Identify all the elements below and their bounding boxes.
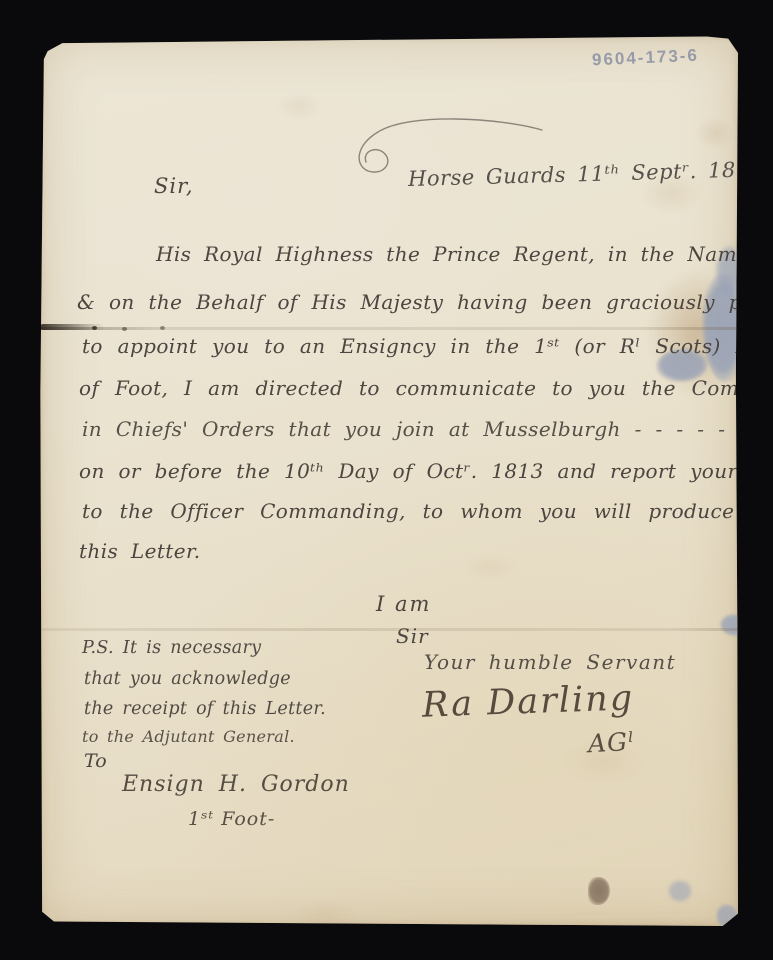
signature: Ra Darling: [421, 678, 634, 725]
body-line: to the Officer Commanding, to whom you w…: [82, 499, 734, 523]
salutation: Sir,: [154, 174, 194, 198]
postscript-line: that you acknowledge: [84, 669, 291, 689]
fold-crease-upper: [40, 327, 738, 330]
body-line: this Letter.: [79, 539, 200, 563]
closing-your-servant: Your humble Servant: [424, 650, 676, 674]
foxing-spot: [290, 898, 360, 934]
address-unit: 1ˢᵗ Foot-: [188, 808, 275, 830]
body-line: to appoint you to an Ensigncy in the 1ˢᵗ…: [82, 334, 773, 358]
address-name: Ensign H. Gordon: [122, 772, 350, 797]
foxing-spot: [276, 92, 322, 120]
closing-i-am: I am: [376, 592, 431, 616]
body-line: in Chiefs' Orders that you join at Musse…: [82, 417, 767, 441]
address-to: To: [84, 750, 107, 772]
crease-dot: [92, 326, 97, 330]
body-line: & on the Behalf of His Majesty having be…: [77, 290, 773, 314]
foxing-spot: [695, 116, 735, 150]
body-line: of Foot, I am directed to communicate to…: [79, 376, 773, 400]
blue-bottom-spot: [668, 880, 692, 902]
postscript-line: the receipt of this Letter.: [84, 699, 326, 719]
body-line: His Royal Highness the Prince Regent, in…: [156, 242, 756, 266]
body-line: on or before the 10ᵗʰ Day of Octʳ. 1813 …: [79, 459, 773, 483]
crease-dot: [160, 326, 165, 330]
postscript-line: P.S. It is necessary: [82, 638, 261, 658]
crease-dot: [122, 327, 127, 331]
letter-photograph: 9604-173-6 Horse Guards 11ᵗʰ Septʳ. 1813…: [0, 0, 773, 960]
fold-crease-lower: [40, 628, 738, 631]
brown-ink-blot: [588, 877, 610, 905]
blue-corner-stain: [716, 904, 738, 928]
foxing-spot: [460, 552, 520, 582]
closing-sir: Sir: [396, 624, 429, 648]
catalog-number: 9604-173-6: [592, 46, 700, 71]
blue-crease-spot: [720, 614, 748, 636]
letter-paper-sheet: 9604-173-6 Horse Guards 11ᵗʰ Septʳ. 1813…: [40, 36, 738, 926]
postscript-line: to the Adjutant General.: [82, 727, 295, 746]
signature-title: AGˡ: [587, 727, 636, 758]
